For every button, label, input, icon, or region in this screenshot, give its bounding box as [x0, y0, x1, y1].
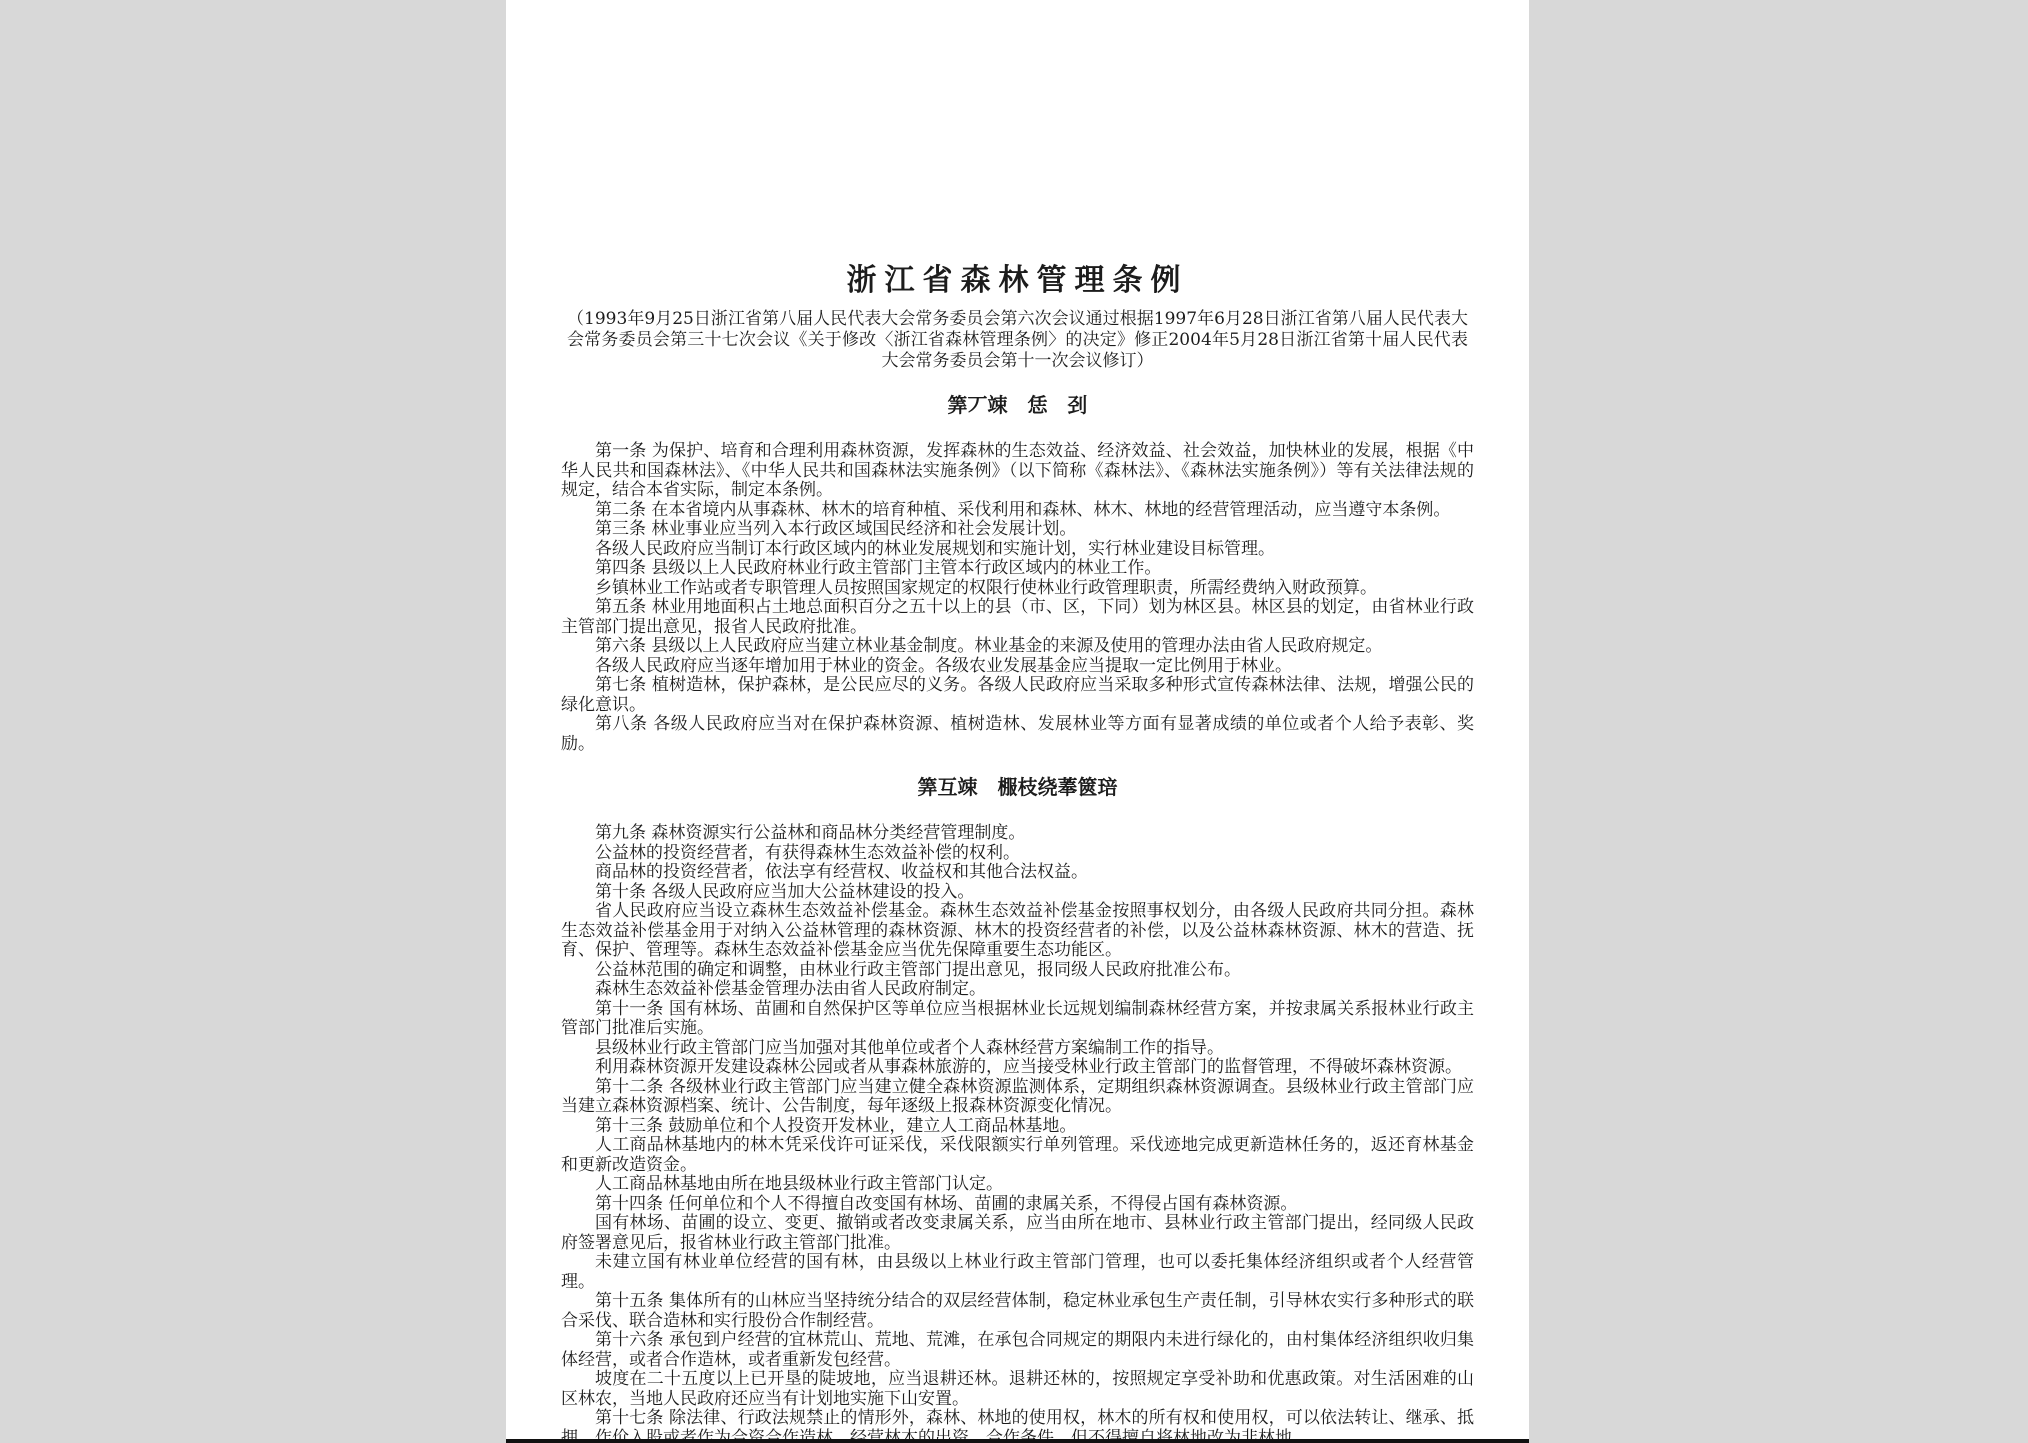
chapter-heading: 筭互竦 棴枝绕菶篋琣 [561, 776, 1474, 798]
paragraph: 公益林范围的确定和调整，由林业行政主管部门提出意见，报同级人民政府批准公布。 [561, 961, 1474, 981]
paragraph: 商品林的投资经营者，依法享有经营权、收益权和其他合法权益。 [561, 863, 1474, 883]
paragraph: 各级人民政府应当逐年增加用于林业的资金。各级农业发展基金应当提取一定比例用于林业… [561, 657, 1474, 677]
paragraph: 第六条 县级以上人民政府应当建立林业基金制度。林业基金的来源及使用的管理办法由省… [561, 637, 1474, 657]
paragraph: 第十二条 各级林业行政主管部门应当建立健全森林资源监测体系，定期组织森林资源调查… [561, 1078, 1474, 1117]
paragraph: 第十五条 集体所有的山林应当坚持统分结合的双层经营体制，稳定林业承包生产责任制，… [561, 1292, 1474, 1331]
paragraph: 第十一条 国有林场、苗圃和自然保护区等单位应当根据林业长远规划编制森林经营方案，… [561, 1000, 1474, 1039]
page-title: 浙江省森林管理条例 [561, 265, 1474, 297]
paragraph: 乡镇林业工作站或者专职管理人员按照国家规定的权限行使林业行政管理职责，所需经费纳… [561, 579, 1474, 599]
paragraph: 人工商品林基地内的林木凭采伐许可证采伐，采伐限额实行单列管理。采伐迹地完成更新造… [561, 1136, 1474, 1175]
paragraph: 第一条 为保护、培育和合理利用森林资源，发挥森林的生态效益、经济效益、社会效益，… [561, 442, 1474, 501]
paragraph: 第四条 县级以上人民政府林业行政主管部门主管本行政区域内的林业工作。 [561, 559, 1474, 579]
paragraph: 第十六条 承包到户经营的宜林荒山、荒地、荒滩，在承包合同规定的期限内未进行绿化的… [561, 1331, 1474, 1370]
document-page: 浙江省森林管理条例 （1993年9月25日浙江省第八届人民代表大会常务委员会第六… [506, 0, 1529, 1443]
paragraph: 第三条 林业事业应当列入本行政区域国民经济和社会发展计划。 [561, 520, 1474, 540]
paragraph: 未建立国有林业单位经营的国有林，由县级以上林业行政主管部门管理，也可以委托集体经… [561, 1253, 1474, 1292]
paragraph: 第十条 各级人民政府应当加大公益林建设的投入。 [561, 883, 1474, 903]
paragraph: 第五条 林业用地面积占土地总面积百分之五十以上的县（市、区，下同）划为林区县。林… [561, 598, 1474, 637]
paragraph: 公益林的投资经营者，有获得森林生态效益补偿的权利。 [561, 844, 1474, 864]
page-bottom-rule [506, 1439, 1529, 1443]
paragraph: 第八条 各级人民政府应当对在保护森林资源、植树造林、发展林业等方面有显著成绩的单… [561, 715, 1474, 754]
paragraph: 第九条 森林资源实行公益林和商品林分类经营管理制度。 [561, 824, 1474, 844]
paragraph: 坡度在二十五度以上已开垦的陡坡地，应当退耕还林。退耕还林的，按照规定享受补助和优… [561, 1370, 1474, 1409]
paragraph: 第七条 植树造林，保护森林，是公民应尽的义务。各级人民政府应当采取多种形式宣传森… [561, 676, 1474, 715]
paragraph: 第十七条 除法律、行政法规禁止的情形外，森林、林地的使用权，林木的所有权和使用权… [561, 1409, 1474, 1443]
paragraph: 第十四条 任何单位和个人不得擅自改变国有林场、苗圃的隶属关系，不得侵占国有森林资… [561, 1195, 1474, 1215]
chapter-heading: 筭丆竦 恁 刭 [561, 394, 1474, 416]
chapters: 筭丆竦 恁 刭第一条 为保护、培育和合理利用森林资源，发挥森林的生态效益、经济效… [561, 394, 1474, 1443]
paragraph: 省人民政府应当设立森林生态效益补偿基金。森林生态效益补偿基金按照事权划分，由各级… [561, 902, 1474, 961]
preamble: （1993年9月25日浙江省第八届人民代表大会常务委员会第六次会议通过根据199… [567, 309, 1468, 372]
paragraph: 国有林场、苗圃的设立、变更、撤销或者改变隶属关系，应当由所在地市、县林业行政主管… [561, 1214, 1474, 1253]
paragraph: 第二条 在本省境内从事森林、林木的培育种植、采伐利用和森林、林木、林地的经营管理… [561, 501, 1474, 521]
paragraph: 利用森林资源开发建设森林公园或者从事森林旅游的，应当接受林业行政主管部门的监督管… [561, 1058, 1474, 1078]
paragraph: 各级人民政府应当制订本行政区域内的林业发展规划和实施计划，实行林业建设目标管理。 [561, 540, 1474, 560]
paragraph: 第十三条 鼓励单位和个人投资开发林业，建立人工商品林基地。 [561, 1117, 1474, 1137]
paragraph: 县级林业行政主管部门应当加强对其他单位或者个人森林经营方案编制工作的指导。 [561, 1039, 1474, 1059]
paragraph: 森林生态效益补偿基金管理办法由省人民政府制定。 [561, 980, 1474, 1000]
paragraph: 人工商品林基地由所在地县级林业行政主管部门认定。 [561, 1175, 1474, 1195]
